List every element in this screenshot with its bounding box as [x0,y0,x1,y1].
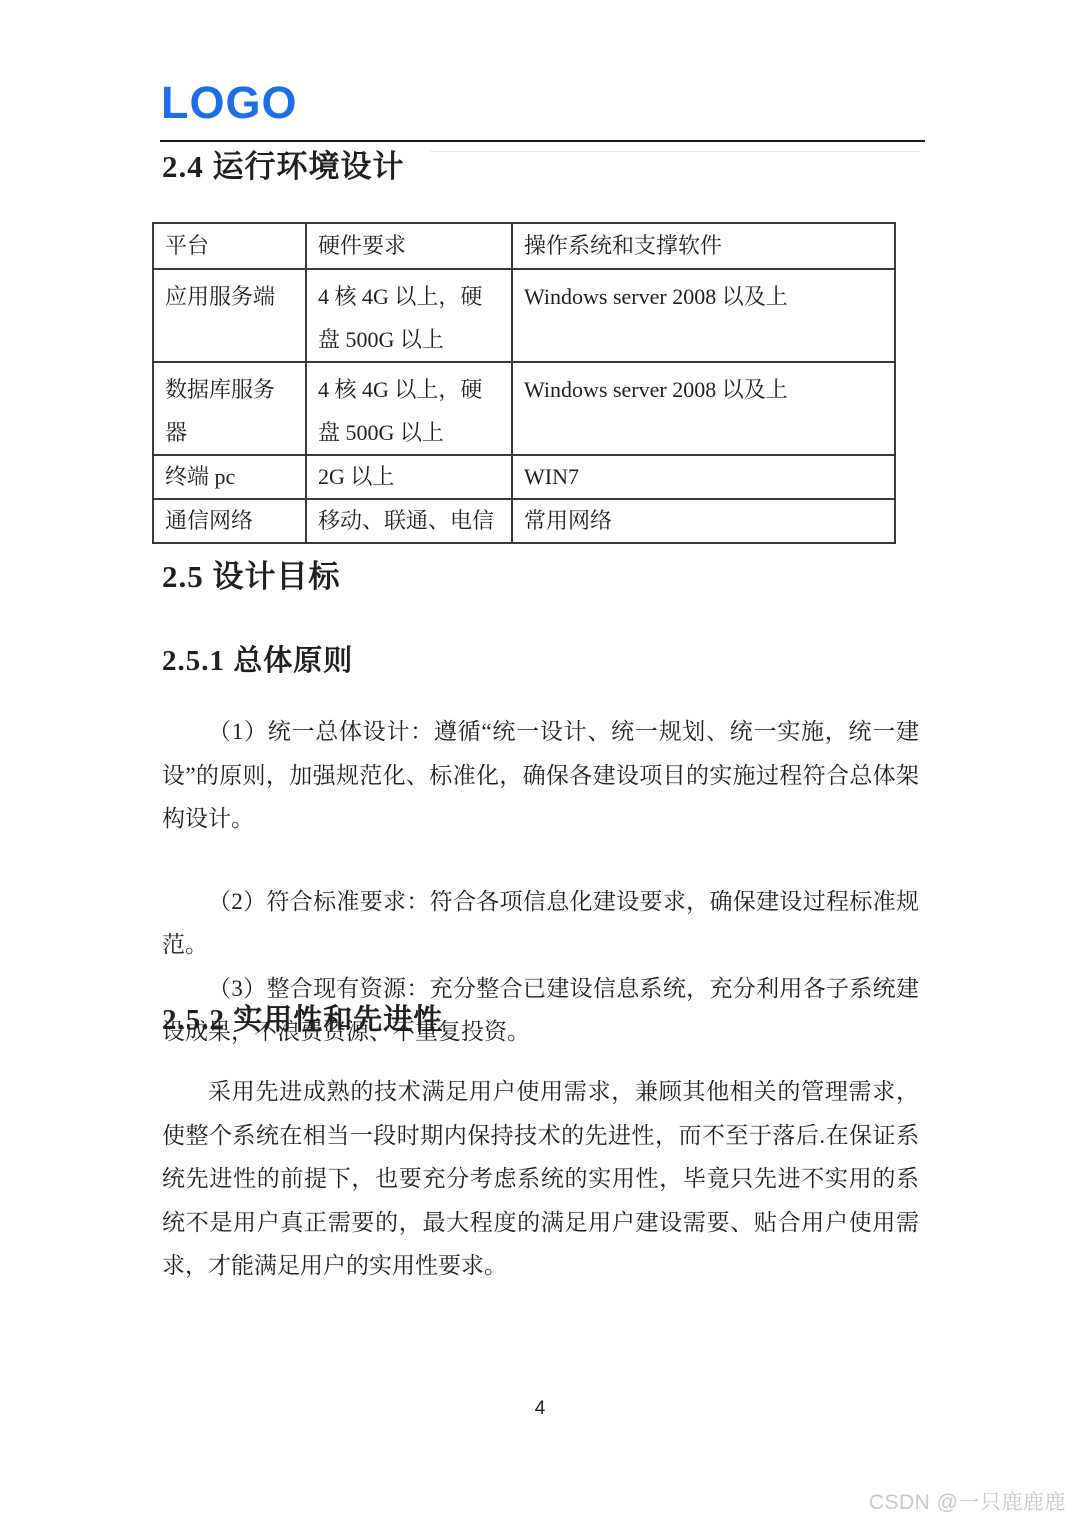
header-divider [160,140,925,142]
table-cell: 4 核 4G 以上，硬盘 500G 以上 [306,269,512,362]
table-row: 数据库服务器 4 核 4G 以上，硬盘 500G 以上 Windows serv… [153,362,895,455]
document-page: LOGO 2.4 运行环境设计 平台 硬件要求 操作系统和支撑软件 应用服务端 … [0,0,1080,1528]
table-row: 通信网络 移动、联通、电信 常用网络 [153,499,895,543]
practicality-paragraph-block: 采用先进成熟的技术满足用户使用需求，兼顾其他相关的管理需求，使整个系统在相当一段… [162,1070,919,1288]
section-title-2-5-1: 2.5.1 总体原则 [162,643,353,679]
table-cell: 应用服务端 [153,269,306,362]
section-title-2-4: 2.4 运行环境设计 [162,148,405,186]
table-header-cell: 硬件要求 [306,223,512,269]
table-cell: Windows server 2008 以及上 [512,269,895,362]
page-number: 4 [0,1398,1080,1420]
section-title-2-5: 2.5 设计目标 [162,558,341,596]
paragraph-practicality: 采用先进成熟的技术满足用户使用需求，兼顾其他相关的管理需求，使整个系统在相当一段… [162,1070,919,1288]
paragraph-standards: （2）符合标准要求：符合各项信息化建设要求，确保建设过程标准规范。 [162,880,919,967]
table-cell: 4 核 4G 以上，硬盘 500G 以上 [306,362,512,455]
paragraph-unified-design: （1）统一总体设计：遵循“统一设计、统一规划、统一实施，统一建设”的原则，加强规… [162,710,919,841]
table-header-cell: 平台 [153,223,306,269]
table-cell: Windows server 2008 以及上 [512,362,895,455]
company-logo: LOGO [161,80,298,126]
table-row: 终端 pc 2G 以上 WIN7 [153,455,895,499]
table-cell: 2G 以上 [306,455,512,499]
environment-table: 平台 硬件要求 操作系统和支撑软件 应用服务端 4 核 4G 以上，硬盘 500… [152,222,896,544]
table-cell: WIN7 [512,455,895,499]
header-divider-shadow [430,151,920,152]
section-title-2-5-2: 2.5.2 实用性和先进性 [162,1002,443,1038]
table-cell: 移动、联通、电信 [306,499,512,543]
table-cell: 常用网络 [512,499,895,543]
table-cell: 终端 pc [153,455,306,499]
table-header-cell: 操作系统和支撑软件 [512,223,895,269]
table-cell: 数据库服务器 [153,362,306,455]
table-header-row: 平台 硬件要求 操作系统和支撑软件 [153,223,895,269]
table-row: 应用服务端 4 核 4G 以上，硬盘 500G 以上 Windows serve… [153,269,895,362]
table-cell: 通信网络 [153,499,306,543]
watermark: CSDN @一只鹿鹿鹿 [869,1491,1066,1515]
